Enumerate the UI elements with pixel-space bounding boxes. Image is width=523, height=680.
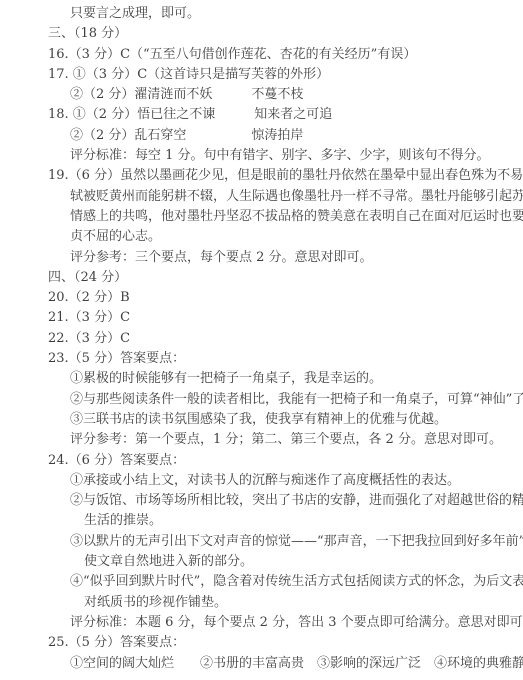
doc-line: 轼被贬黄州而能躬耕不辍，人生际遇也像墨牡丹一样不寻常。墨牡丹能够引起苏轼 xyxy=(0,187,523,207)
doc-line: 评分参考：三个要点，每个要点 2 分。意思对即可。 xyxy=(0,248,523,268)
doc-line: 生活的推崇。 xyxy=(0,511,523,531)
doc-line: 使文章自然地进入新的部分。 xyxy=(0,552,523,572)
doc-line: 情感上的共鸣，他对墨牡丹坚忍不拔品格的赞美意在表明自己在面对厄运时也要坚 xyxy=(0,207,523,227)
doc-line: 24.（6 分）答案要点： xyxy=(0,451,523,471)
doc-line: 贞不屈的心志。 xyxy=(0,227,523,247)
doc-line: ②与饭馆、市场等场所相比较，突出了书店的安静，进而强化了对超越世俗的精神 xyxy=(0,491,523,511)
doc-line: 16.（3 分）C（“五至八句借创作莲花、杏花的有关经历”有误） xyxy=(0,45,523,65)
doc-line: 18. ①（2 分）悟已往之不谏 知来者之可追 xyxy=(0,105,523,125)
doc-line: 评分标准：本题 6 分，每个要点 2 分，答出 3 个要点即可给满分。意思对即可… xyxy=(0,613,523,633)
doc-line: ②与那些阅读条件一般的读者相比，我能有一把椅子和一角桌子，可算“神仙”了。 xyxy=(0,390,523,410)
doc-line: ①承接或小结上文，对读书人的沉醉与痴迷作了高度概括性的表达。 xyxy=(0,471,523,491)
doc-line: ②（2 分）乱石穿空 惊涛拍岸 xyxy=(0,126,523,146)
doc-line: ③以默片的无声引出下文对声音的惊觉——“那声音，一下把我拉回到好多年前”， xyxy=(0,532,523,552)
doc-line: 评分标准：每空 1 分。句中有错字、别字、多字、少字，则该句不得分。 xyxy=(0,146,523,166)
doc-line: 对纸质书的珍视作铺垫。 xyxy=(0,593,523,613)
answer-key-page: 只要言之成理，即可。 三、（18 分） 16.（3 分）C（“五至八句借创作莲花… xyxy=(0,0,523,680)
doc-line: 评分参考：第一个要点，1 分；第二、第三个要点，各 2 分。意思对即可。 xyxy=(0,430,523,450)
doc-line: ③三联书店的读书氛围感染了我，使我享有精神上的优雅与优越。 xyxy=(0,410,523,430)
doc-line: 17. ①（3 分）C（这首诗只是描写芙蓉的外形） xyxy=(0,65,523,85)
doc-line: 19.（6 分）虽然以墨画花少见，但是眼前的墨牡丹依然在墨晕中显出春色殊为不易。… xyxy=(0,166,523,186)
doc-line: 只要言之成理，即可。 xyxy=(0,4,523,24)
doc-line: ①累极的时候能够有一把椅子一角桌子，我是幸运的。 xyxy=(0,369,523,389)
doc-line: ②（2 分）濯清涟而不妖 不蔓不枝 xyxy=(0,85,523,105)
doc-line: 25.（5 分）答案要点： xyxy=(0,633,523,653)
doc-line: 22.（3 分）C xyxy=(0,329,523,349)
doc-line: 23.（5 分）答案要点： xyxy=(0,349,523,369)
doc-line: ④“似乎回到默片时代”，隐含着对传统生活方式包括阅读方式的怀念，为后文表达 xyxy=(0,572,523,592)
section-heading: 三、（18 分） xyxy=(0,24,523,44)
doc-line: ①空间的阔大灿烂 ②书册的丰富高贵 ③影响的深远广泛 ④环境的典雅静穆 xyxy=(0,654,523,674)
doc-line: 20.（2 分）B xyxy=(0,288,523,308)
doc-line: 21.（3 分）C xyxy=(0,308,523,328)
section-heading: 四、（24 分） xyxy=(0,268,523,288)
